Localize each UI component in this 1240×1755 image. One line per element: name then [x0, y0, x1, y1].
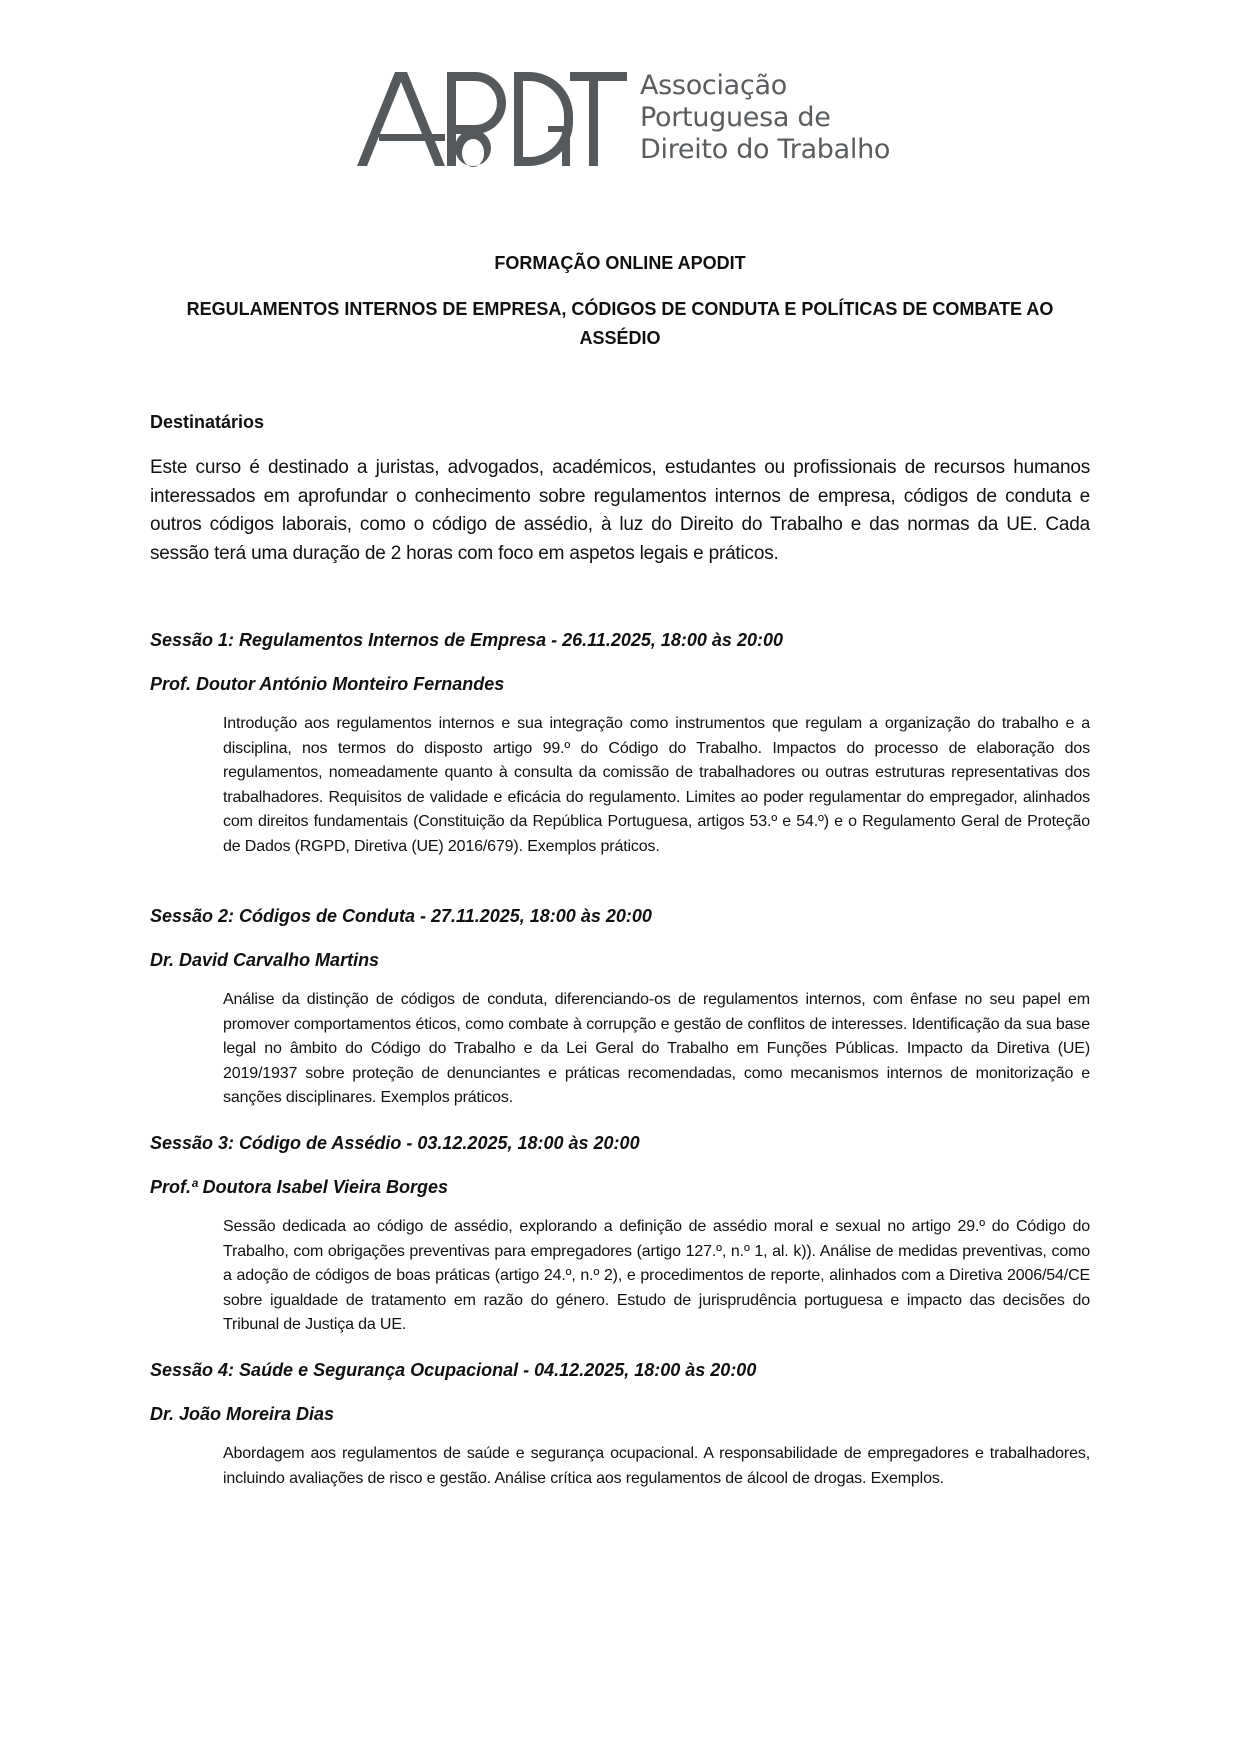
logo-line: Direito do Trabalho	[640, 134, 890, 166]
document-title: FORMAÇÃO ONLINE APODIT	[140, 253, 1100, 274]
session-description: Introdução aos regulamentos internos e s…	[223, 712, 1090, 860]
document-page: Associação Portuguesa de Direito do Trab…	[0, 0, 1240, 1755]
session-speaker: Dr. David Carvalho Martins	[150, 950, 379, 971]
audience-heading: Destinatários	[150, 412, 264, 433]
logo-line: Portuguesa de	[640, 102, 890, 134]
logo-wordmark: Associação Portuguesa de Direito do Trab…	[640, 70, 890, 166]
apodit-logo	[357, 72, 627, 168]
session-speaker: Prof.ª Doutora Isabel Vieira Borges	[150, 1177, 448, 1198]
session-title: Sessão 1: Regulamentos Internos de Empre…	[150, 630, 783, 651]
session-description: Abordagem aos regulamentos de saúde e se…	[223, 1442, 1090, 1491]
session-description: Sessão dedicada ao código de assédio, ex…	[223, 1215, 1090, 1338]
audience-text: Este curso é destinado a juristas, advog…	[150, 454, 1090, 568]
session-speaker: Dr. João Moreira Dias	[150, 1404, 334, 1425]
logo-line: Associação	[640, 70, 890, 102]
session-description: Análise da distinção de códigos de condu…	[223, 988, 1090, 1111]
session-title: Sessão 4: Saúde e Segurança Ocupacional …	[150, 1360, 756, 1381]
course-title: REGULAMENTOS INTERNOS DE EMPRESA, CÓDIGO…	[140, 295, 1100, 353]
session-title: Sessão 2: Códigos de Conduta - 27.11.202…	[150, 906, 652, 927]
session-speaker: Prof. Doutor António Monteiro Fernandes	[150, 674, 504, 695]
session-title: Sessão 3: Código de Assédio - 03.12.2025…	[150, 1133, 640, 1154]
apodit-logo-mark-icon	[357, 72, 627, 168]
